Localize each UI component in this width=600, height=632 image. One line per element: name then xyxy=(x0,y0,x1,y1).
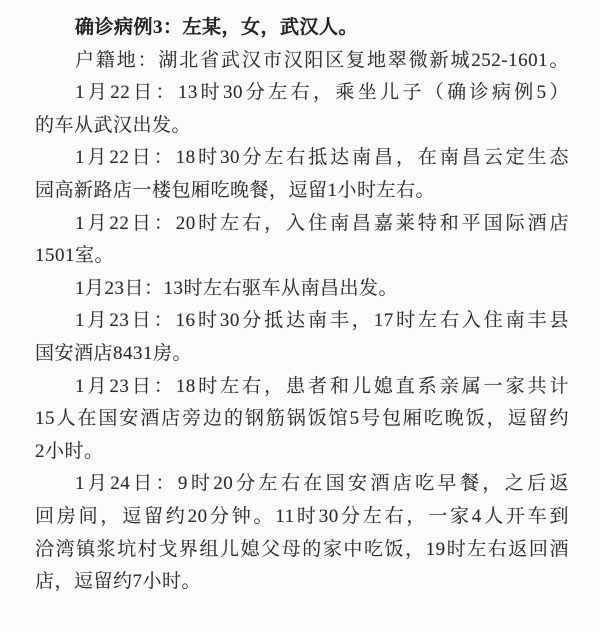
document-line: 洽湾镇浆坑村戈界组儿媳父母的家中吃饭，19时左右返回酒 xyxy=(35,534,569,567)
document-line: 国安酒店8431房。 xyxy=(35,338,569,371)
document-scan: 确诊病例3：左某，女，武汉人。 户籍地：湖北省武汉市汉阳区复地翠微新城252-1… xyxy=(35,12,569,599)
document-line: 1月22日：20时左右，入住南昌嘉莱特和平国际酒店 xyxy=(35,208,569,241)
document-line: 1月22日：18时30分左右抵达南昌，在南昌云定生态 xyxy=(35,142,569,175)
document-line: 1月22日：13时30分左右，乘坐儿子（确诊病例5） xyxy=(35,77,569,110)
document-line: 2小时。 xyxy=(35,436,569,469)
document-line: 店，逗留约7小时。 xyxy=(35,566,569,599)
document-line: 1月23日：13时左右驱车从南昌出发。 xyxy=(35,273,569,306)
document-line: 园高新路店一楼包厢吃晚餐，逗留1小时左右。 xyxy=(35,175,569,208)
case-title: 确诊病例3：左某，女，武汉人。 xyxy=(35,12,569,45)
document-line: 1月24日：9时20分左右在国安酒店吃早餐，之后返 xyxy=(35,468,569,501)
document-line: 1月23日：18时左右，患者和儿媳直系亲属一家共计 xyxy=(35,371,569,404)
document-line: 的车从武汉出发。 xyxy=(35,110,569,143)
document-line: 1501室。 xyxy=(35,240,569,273)
document-line: 回房间，逗留约20分钟。11时30分左右，一家4人开车到 xyxy=(35,501,569,534)
residence-line: 户籍地：湖北省武汉市汉阳区复地翠微新城252-1601。 xyxy=(35,45,569,78)
document-line: 1月23日：16时30分抵达南丰，17时左右入住南丰县 xyxy=(35,305,569,338)
document-line: 15人在国安酒店旁边的钢筋锅饭馆5号包厢吃晚饭，逗留约 xyxy=(35,403,569,436)
